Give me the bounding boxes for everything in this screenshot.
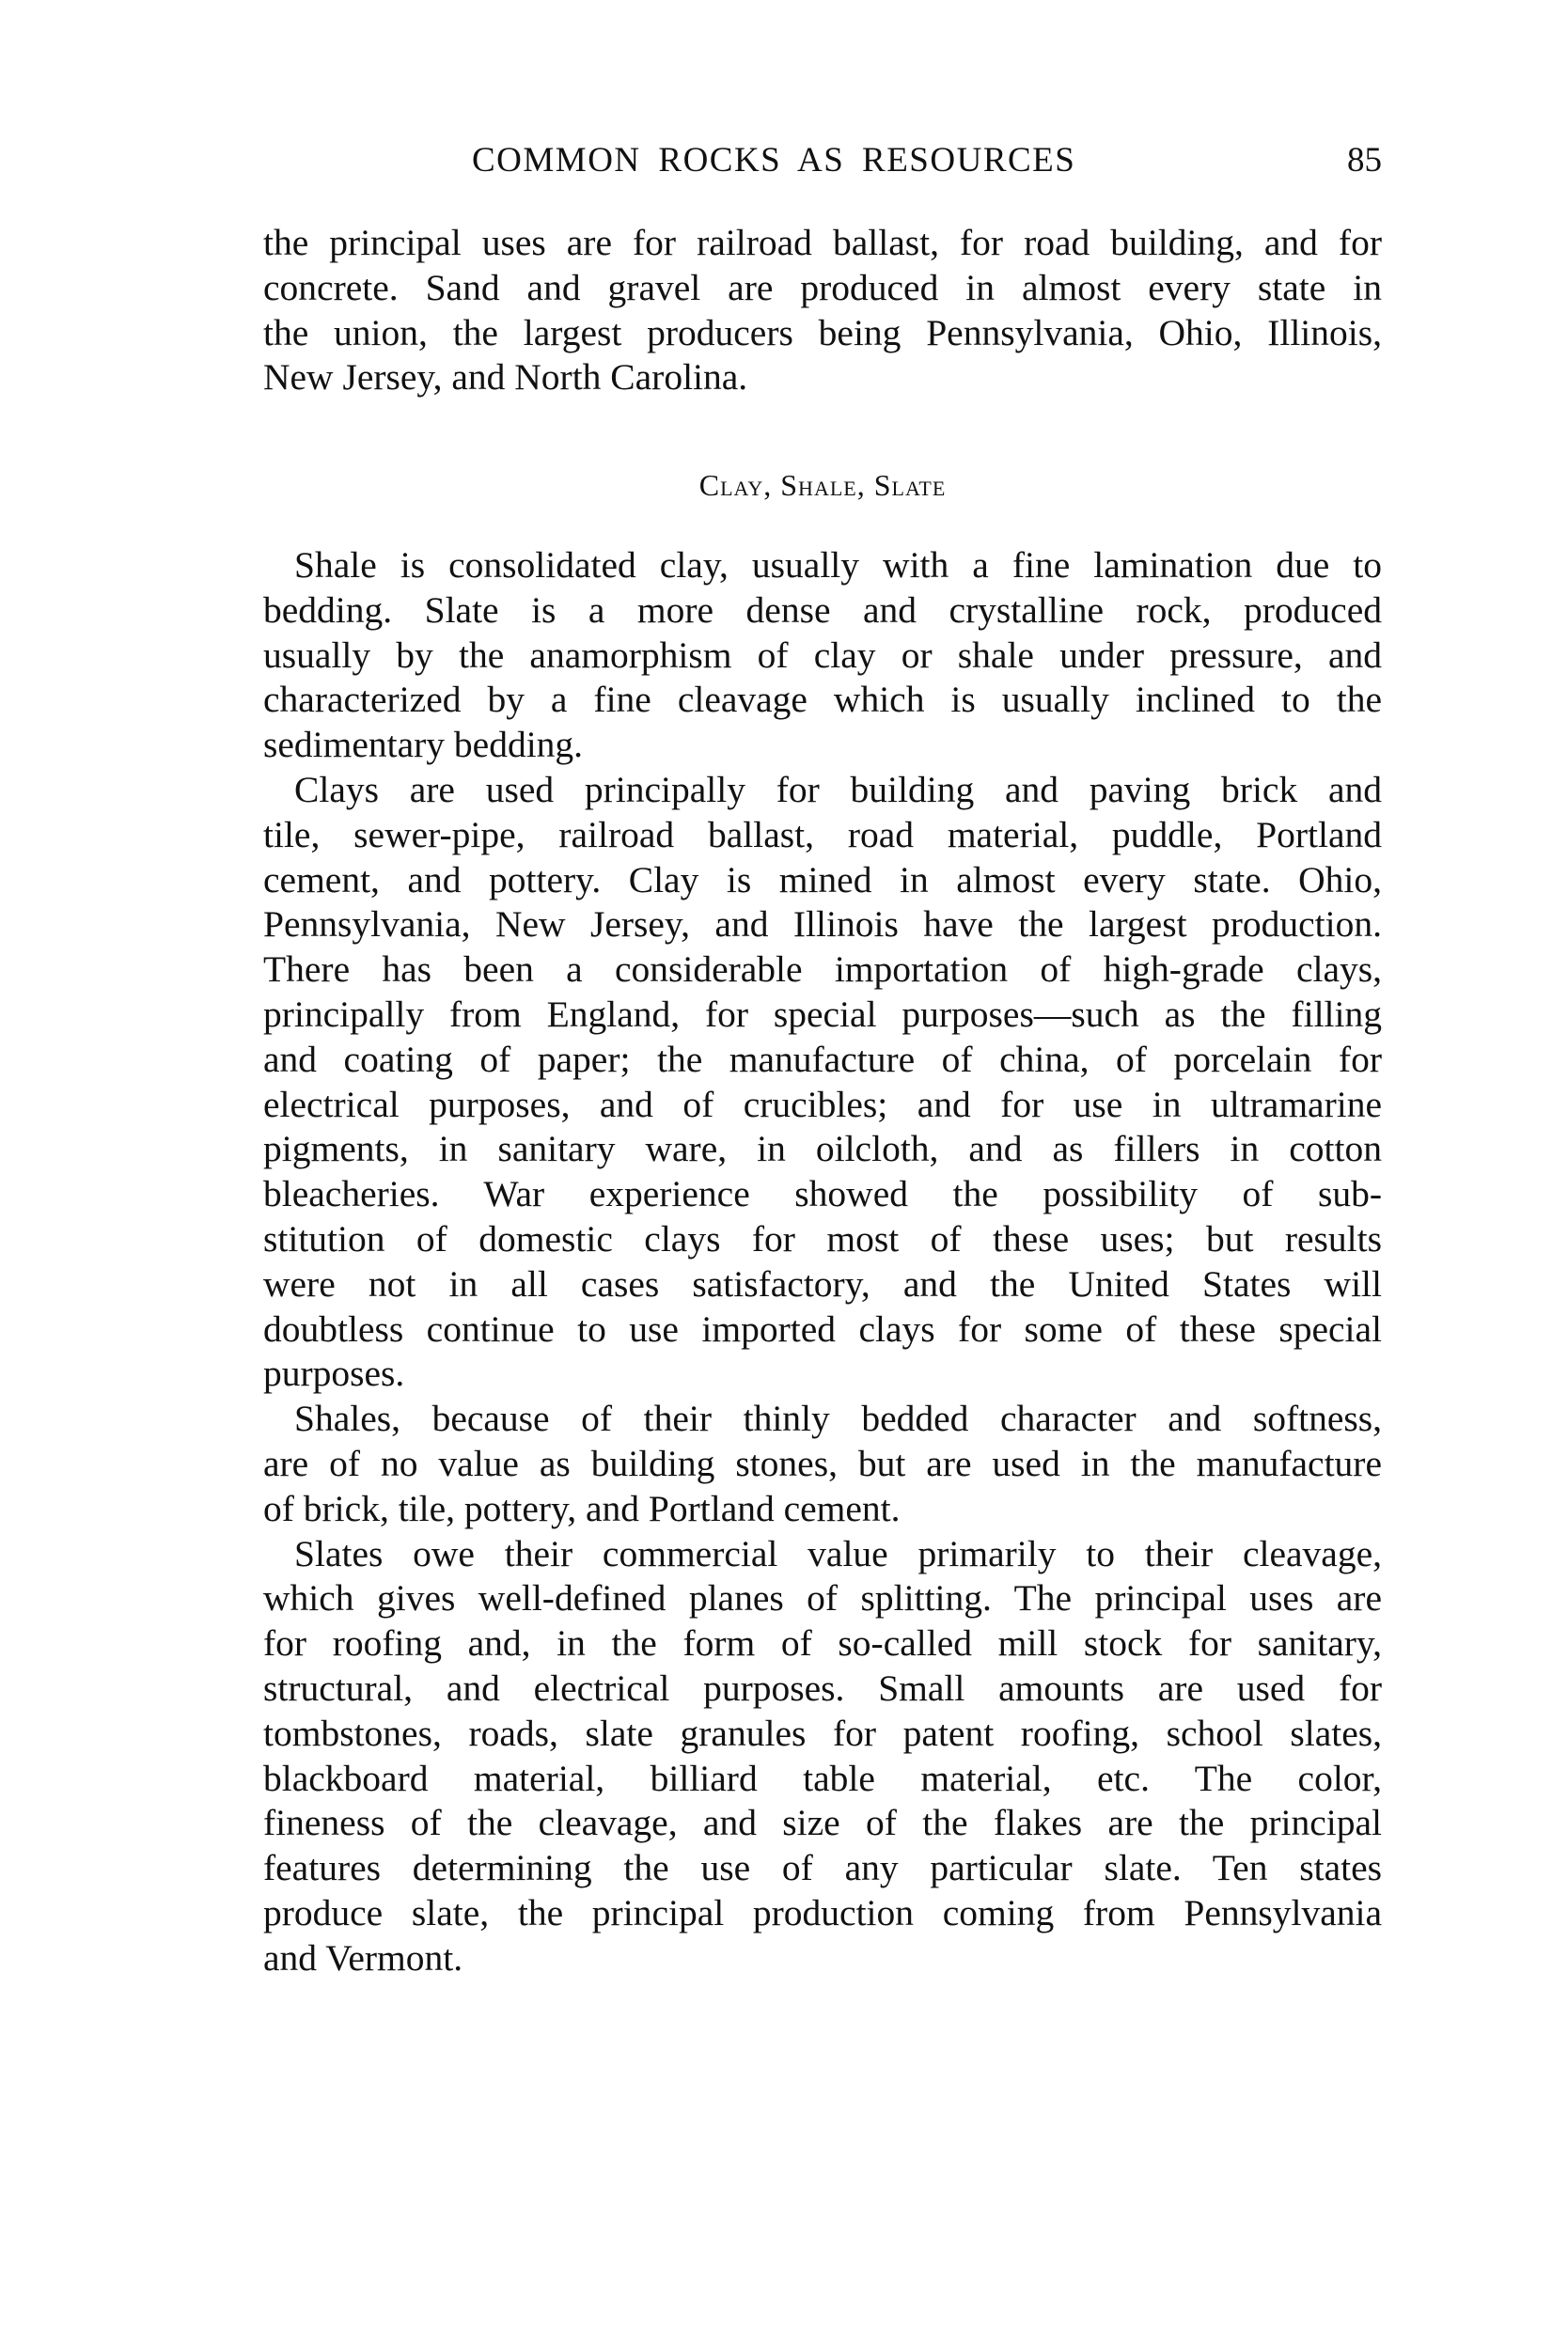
text-line: for roofing and, in the form of so-calle… xyxy=(263,1621,1382,1667)
text-line: structural, and electrical purposes. Sma… xyxy=(263,1667,1382,1712)
text-line: were not in all cases satisfactory, and … xyxy=(263,1262,1382,1307)
paragraph-shale-uses: Shales, because of their thinly bedded c… xyxy=(263,1397,1382,1531)
paragraph-shale-definition: Shale is consolidated clay, usually with… xyxy=(263,543,1382,768)
text-line: stitution of domestic clays for most of … xyxy=(263,1217,1382,1262)
text-line: Shale is consolidated clay, usually with… xyxy=(263,543,1382,588)
text-line: and coating of paper; the manufacture of… xyxy=(263,1038,1382,1083)
text-line: of brick, tile, pottery, and Portland ce… xyxy=(263,1487,1382,1532)
text-line: fineness of the cleavage, and size of th… xyxy=(263,1801,1382,1846)
text-line: the principal uses are for railroad ball… xyxy=(263,221,1382,266)
text-line: Pennsylvania, New Jersey, and Illinois h… xyxy=(263,902,1382,947)
paragraph-clay-uses: Clays are used principally for building … xyxy=(263,768,1382,1397)
continued-paragraph: the principal uses are for railroad ball… xyxy=(263,221,1382,400)
text-line: Shales, because of their thinly bedded c… xyxy=(263,1397,1382,1442)
running-head: COMMON ROCKS AS RESOURCES 85 xyxy=(263,137,1382,184)
text-line: characterized by a fine cleavage which i… xyxy=(263,678,1382,723)
page-number: 85 xyxy=(1347,137,1382,184)
text-line: concrete. Sand and gravel are produced i… xyxy=(263,266,1382,311)
section-body: Shale is consolidated clay, usually with… xyxy=(263,543,1382,1981)
text-line: Clays are used principally for building … xyxy=(263,768,1382,813)
text-line: New Jersey, and North Carolina. xyxy=(263,355,1382,400)
text-line: blackboard material, billiard table mate… xyxy=(263,1757,1382,1802)
text-line: bedding. Slate is a more dense and cryst… xyxy=(263,588,1382,634)
text-line: cement, and pottery. Clay is mined in al… xyxy=(263,858,1382,903)
book-page: COMMON ROCKS AS RESOURCES 85 the princip… xyxy=(0,0,1568,2348)
text-line: principally from England, for special pu… xyxy=(263,993,1382,1038)
text-line: and Vermont. xyxy=(263,1936,1382,1981)
running-head-title: COMMON ROCKS AS RESOURCES xyxy=(472,137,1075,184)
text-line: Slates owe their commercial value primar… xyxy=(263,1532,1382,1577)
text-line: purposes. xyxy=(263,1352,1382,1397)
text-line: which gives well-defined planes of split… xyxy=(263,1576,1382,1621)
text-line: are of no value as building stones, but … xyxy=(263,1442,1382,1487)
text-line: There has been a considerable importatio… xyxy=(263,947,1382,993)
text-line: doubtless continue to use imported clays… xyxy=(263,1307,1382,1353)
text-line: electrical purposes, and of crucibles; a… xyxy=(263,1083,1382,1128)
text-line: the union, the largest producers being P… xyxy=(263,311,1382,356)
text-line: bleacheries. War experience showed the p… xyxy=(263,1172,1382,1217)
section-heading: Clay, Shale, Slate xyxy=(263,464,1382,506)
text-line: usually by the anamorphism of clay or sh… xyxy=(263,634,1382,679)
text-line: pigments, in sanitary ware, in oilcloth,… xyxy=(263,1127,1382,1172)
text-line: sedimentary bedding. xyxy=(263,723,1382,768)
text-line: produce slate, the principal production … xyxy=(263,1891,1382,1936)
text-line: features determining the use of any part… xyxy=(263,1846,1382,1891)
paragraph-slate-uses: Slates owe their commercial value primar… xyxy=(263,1532,1382,1981)
text-line: tombstones, roads, slate granules for pa… xyxy=(263,1712,1382,1757)
text-line: tile, sewer-pipe, railroad ballast, road… xyxy=(263,813,1382,858)
